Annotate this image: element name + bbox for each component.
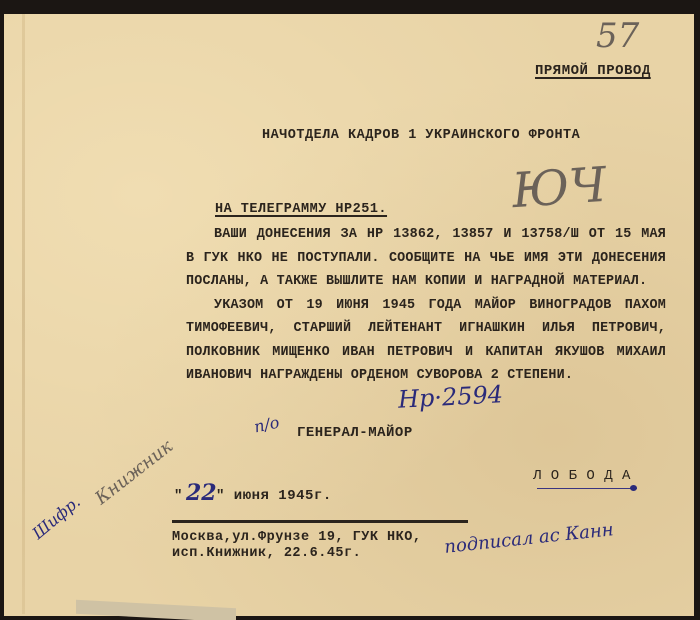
- signature-stroke: [537, 488, 637, 489]
- signature-dot: [630, 485, 637, 491]
- pencil-annotation: ЮЧ: [510, 157, 608, 219]
- handwritten-registration-number: Нр·2594: [397, 380, 503, 413]
- paragraph-1: ВАШИ ДОНЕСЕНИЯ ЗА НР 13862, 13857 И 1375…: [186, 223, 666, 294]
- signatory-rank: ГЕНЕРАЛ-МАЙОР: [297, 425, 413, 441]
- telegram-body: ВАШИ ДОНЕСЕНИЯ ЗА НР 13862, 13857 И 1375…: [186, 223, 666, 388]
- footer-address: Москва,ул.Фрунзе 19, ГУК НКО,: [172, 530, 421, 545]
- signatory-name: Л О Б О Д А: [533, 468, 631, 484]
- date-rest: " июня 1945г.: [216, 488, 332, 504]
- fold-line: [22, 14, 25, 614]
- torn-corner: [76, 600, 236, 620]
- date-open-quote: ": [174, 488, 183, 504]
- date-day: 22: [186, 480, 217, 506]
- addressee: НАЧОТДЕЛА КАДРОВ 1 УКРАИНСКОГО ФРОНТА: [262, 128, 580, 143]
- footer-rule: [172, 520, 468, 523]
- telegram-reference: НА ТЕЛЕГРАММУ НР251.: [215, 202, 387, 217]
- header-direct-line: ПРЯМОЙ ПРОВОД: [535, 63, 651, 79]
- footer-executor: исп.Книжник, 22.6.45г.: [172, 546, 361, 561]
- archive-page-number: 57: [596, 16, 639, 56]
- paragraph-2: УКАЗОМ ОТ 19 ИЮНЯ 1945 ГОДА МАЙОР ВИНОГР…: [186, 294, 666, 388]
